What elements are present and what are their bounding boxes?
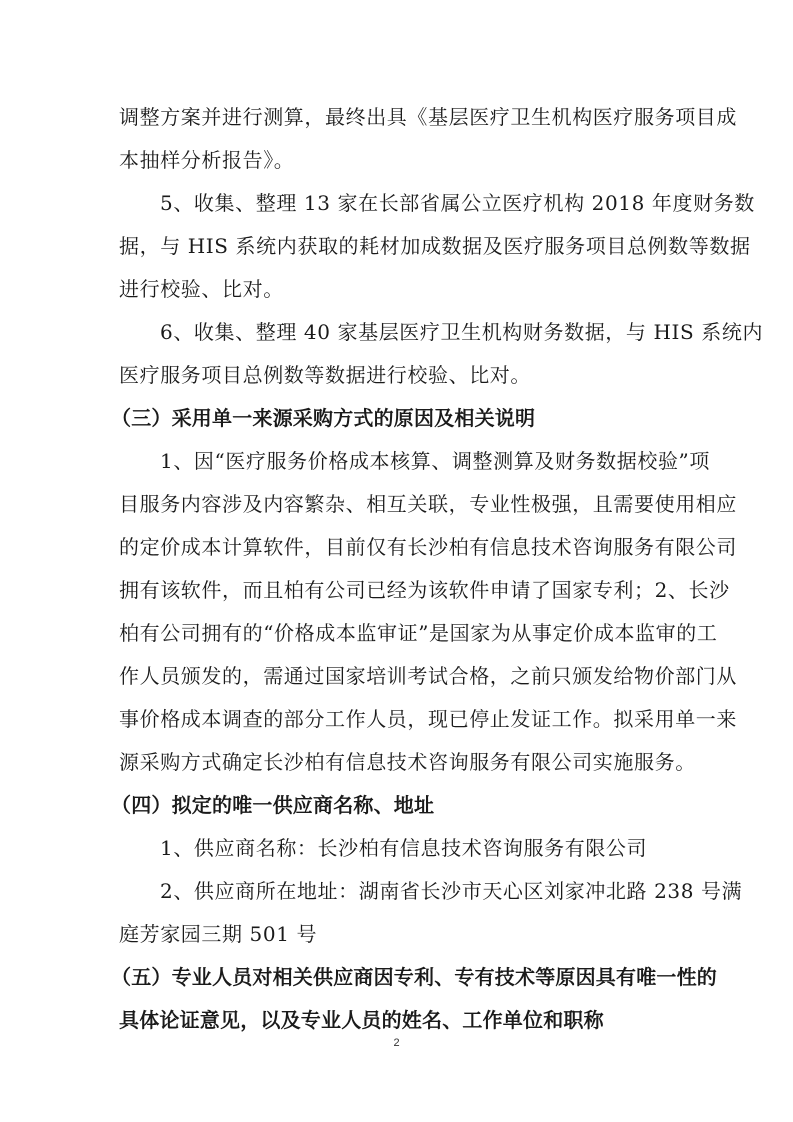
paragraph-line: 调整方案并进行测算，最终出具《基层医疗卫生机构医疗服务项目成 — [119, 96, 675, 139]
paragraph-line: 拥有该软件，而且柏有公司已经为该软件申请了国家专利；2、长沙 — [119, 569, 675, 612]
paragraph-line: 的定价成本计算软件，目前仅有长沙柏有信息技术咨询服务有限公司 — [119, 526, 675, 569]
paragraph-line: 本抽样分析报告》。 — [119, 139, 675, 182]
list-item-6: 6、收集、整理 40 家基层医疗卫生机构财务数据，与 HIS 系统内 — [119, 311, 675, 354]
paragraph-line: 源采购方式确定长沙柏有信息技术咨询服务有限公司实施服务。 — [119, 741, 675, 784]
page-number: 2 — [0, 1037, 793, 1049]
supplier-address: 2、供应商所在地址：湖南省长沙市天心区刘家冲北路 238 号满 — [119, 870, 675, 913]
paragraph-line: 据，与 HIS 系统内获取的耗材加成数据及医疗服务项目总例数等数据 — [119, 225, 675, 268]
paragraph-line: 目服务内容涉及内容繁杂、相互关联，专业性极强，且需要使用相应 — [119, 483, 675, 526]
section-heading-5-cont: 具体论证意见，以及专业人员的姓名、工作单位和职称 — [119, 999, 675, 1042]
supplier-name: 1、供应商名称：长沙柏有信息技术咨询服务有限公司 — [119, 827, 675, 870]
paragraph-line: 医疗服务项目总例数等数据进行校验、比对。 — [119, 354, 675, 397]
paragraph-line: 作人员颁发的，需通过国家培训考试合格，之前只颁发给物价部门从 — [119, 655, 675, 698]
list-item-5: 5、收集、整理 13 家在长部省属公立医疗机构 2018 年度财务数 — [119, 182, 675, 225]
document-page: 调整方案并进行测算，最终出具《基层医疗卫生机构医疗服务项目成 本抽样分析报告》。… — [0, 0, 793, 1122]
section-heading-4: （四）拟定的唯一供应商名称、地址 — [111, 784, 675, 827]
document-body: 调整方案并进行测算，最终出具《基层医疗卫生机构医疗服务项目成 本抽样分析报告》。… — [119, 96, 675, 1042]
paragraph-line: 事价格成本调查的部分工作人员，现已停止发证工作。拟采用单一来 — [119, 698, 675, 741]
section-heading-3: （三）采用单一来源采购方式的原因及相关说明 — [111, 397, 675, 440]
paragraph-line: 进行校验、比对。 — [119, 268, 675, 311]
section-heading-5: （五）专业人员对相关供应商因专利、专有技术等原因具有唯一性的 — [111, 956, 675, 999]
paragraph-line: 1、因“医疗服务价格成本核算、调整测算及财务数据校验”项 — [119, 440, 675, 483]
supplier-address-cont: 庭芳家园三期 501 号 — [119, 913, 675, 956]
paragraph-line: 柏有公司拥有的“价格成本监审证”是国家为从事定价成本监审的工 — [119, 612, 675, 655]
